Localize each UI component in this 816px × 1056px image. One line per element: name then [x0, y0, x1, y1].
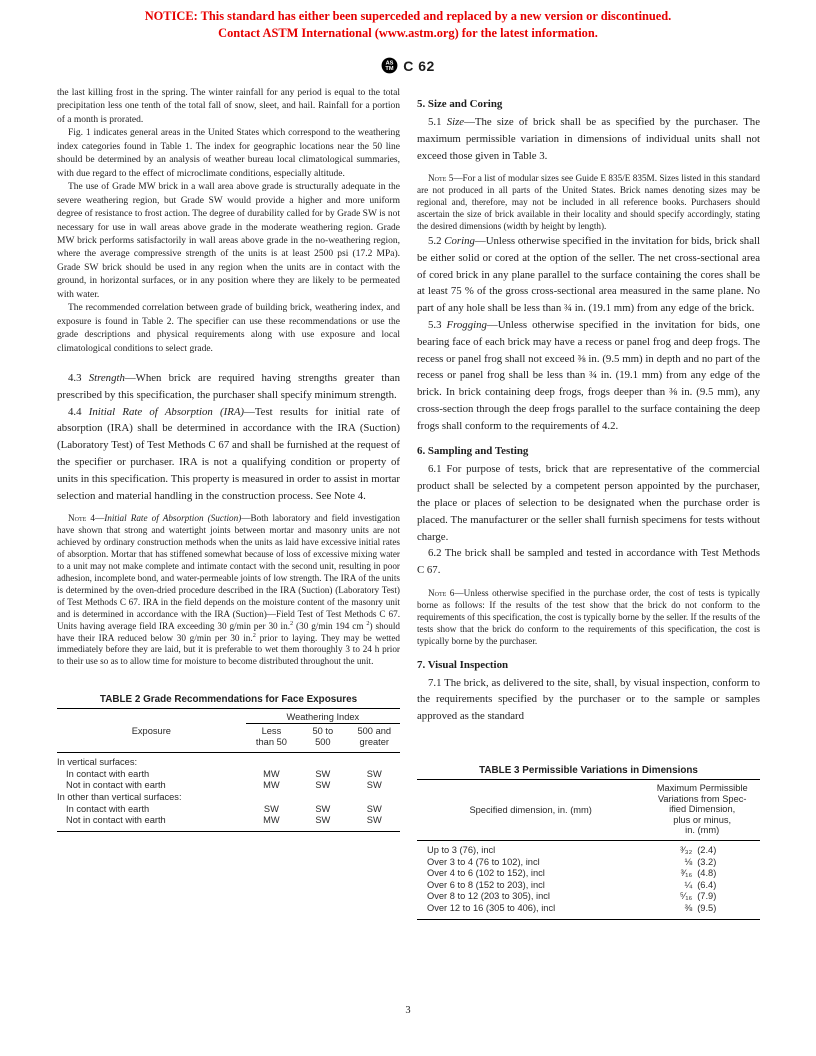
table-2-weathering-index-header: Weathering Index	[246, 709, 400, 724]
table-row: Over 12 to 16 (305 to 406), incl⅜(9.5)	[417, 903, 760, 919]
table-2-body: In vertical surfaces:In contact with ear…	[57, 753, 400, 832]
discontinuation-notice: NOTICE: This standard has either been su…	[0, 0, 816, 42]
table-row: In other than vertical surfaces:	[57, 792, 400, 804]
masthead: AS TM C 62	[0, 57, 816, 74]
note-6: Note 6—Unless otherwise specified in the…	[417, 588, 760, 648]
para-grade-correlation: The recommended correlation between grad…	[57, 302, 400, 356]
table-row: In contact with earthSWSWSW	[57, 804, 400, 816]
table-2-exposure-header: Exposure	[57, 709, 246, 753]
para-fig1-weathering-index: Fig. 1 indicates general areas in the Un…	[57, 127, 400, 181]
notice-line-2: Contact ASTM International (www.astm.org…	[0, 25, 816, 42]
section-heading-6: 6. Sampling and Testing	[417, 444, 760, 459]
table-row: Over 8 to 12 (203 to 305), incl⁵⁄₁₆(7.9)	[417, 891, 760, 903]
table-2: TABLE 2 Grade Recommendations for Face E…	[57, 694, 400, 832]
left-column: the last killing frost in the spring. Th…	[57, 87, 400, 920]
table-2-col-header: Less than 50	[246, 724, 297, 753]
page-number: 3	[0, 1005, 816, 1016]
para-5-2-coring: 5.2 Coring—Unless otherwise specified in…	[417, 233, 760, 317]
para-winter-rainfall: the last killing frost in the spring. Th…	[57, 87, 400, 127]
svg-text:TM: TM	[386, 66, 394, 72]
para-6-1-sampling: 6.1 For purpose of tests, brick that are…	[417, 461, 760, 545]
table-2-grid: Exposure Weathering Index Less than 50 5…	[57, 708, 400, 832]
two-column-body: the last killing frost in the spring. Th…	[0, 87, 816, 920]
right-column-text: 5. Size and Coring5.1 Size—The size of b…	[417, 97, 760, 725]
para-grade-mw-use: The use of Grade MW brick in a wall area…	[57, 181, 400, 302]
para-6-2-testing: 6.2 The brick shall be sampled and teste…	[417, 545, 760, 579]
left-column-text: the last killing frost in the spring. Th…	[57, 87, 400, 668]
table-3: TABLE 3 Permissible Variations in Dimens…	[417, 765, 760, 920]
note-4: Note 4—Initial Rate of Absorption (Sucti…	[57, 513, 400, 668]
table-row: Up to 3 (76), incl³⁄₃₂(2.4)	[417, 840, 760, 856]
table-3-grid: Specified dimension, in. (mm) Maximum Pe…	[417, 779, 760, 920]
table-row: Over 6 to 8 (152 to 203), incl¼(6.4)	[417, 880, 760, 892]
table-3-variation-header: Maximum Permissible Variations from Spec…	[644, 779, 760, 840]
para-4-4-ira: 4.4 Initial Rate of Absorption (IRA)—Tes…	[57, 404, 400, 505]
table-row: Over 3 to 4 (76 to 102), incl⅛(3.2)	[417, 857, 760, 869]
para-5-1-size: 5.1 Size—The size of brick shall be as s…	[417, 114, 760, 164]
section-heading-7: 7. Visual Inspection	[417, 658, 760, 673]
standard-designation: C 62	[403, 58, 435, 74]
table-2-col-header: 500 and greater	[349, 724, 400, 753]
document-page: NOTICE: This standard has either been su…	[0, 0, 816, 1056]
table-3-title: TABLE 3 Permissible Variations in Dimens…	[417, 765, 760, 776]
table-2-col-header: 50 to 500	[297, 724, 348, 753]
section-heading-5: 5. Size and Coring	[417, 97, 760, 112]
para-4-3-strength: 4.3 Strength—When brick are required hav…	[57, 370, 400, 404]
table-row: In contact with earthMWSWSW	[57, 769, 400, 781]
note-5: Note 5—For a list of modular sizes see G…	[417, 173, 760, 233]
notice-line-1: NOTICE: This standard has either been su…	[0, 8, 816, 25]
table-2-title: TABLE 2 Grade Recommendations for Face E…	[57, 694, 400, 705]
astm-logo-icon: AS TM	[381, 57, 398, 74]
table-row: Not in contact with earthMWSWSW	[57, 780, 400, 792]
table-row: In vertical surfaces:	[57, 753, 400, 769]
para-5-3-frogging: 5.3 Frogging—Unless otherwise specified …	[417, 317, 760, 435]
table-row: Over 4 to 6 (102 to 152), incl³⁄₁₆(4.8)	[417, 868, 760, 880]
table-row: Not in contact with earthMWSWSW	[57, 815, 400, 831]
para-7-1-visual: 7.1 The brick, as delivered to the site,…	[417, 675, 760, 725]
right-column: 5. Size and Coring5.1 Size—The size of b…	[417, 87, 760, 920]
table-3-dimension-header: Specified dimension, in. (mm)	[417, 779, 644, 840]
table-3-body: Up to 3 (76), incl³⁄₃₂(2.4)Over 3 to 4 (…	[417, 840, 760, 919]
